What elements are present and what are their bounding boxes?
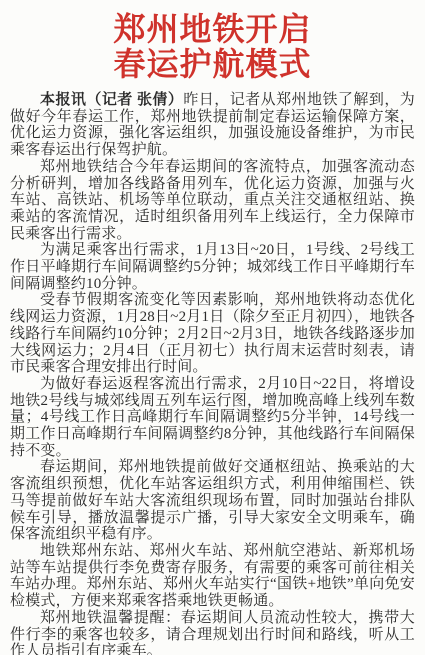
- paragraph-7: 地铁郑州东站、郑州火车站、郑州航空港站、新郑机场站等车站提供行李免费寄存服务，有…: [10, 543, 415, 610]
- paragraph-6: 春运期间，郑州地铁提前做好交通枢纽站、换乘站的大客流组织预想，优化车站客运组织方…: [10, 459, 415, 543]
- headline-line-2: 春运护航模式: [10, 47, 415, 82]
- paragraph-2: 郑州地铁结合今年春运期间的客流特点，加强客流动态分析研判，增加各线路备用列车，优…: [10, 159, 415, 243]
- headline-line-1: 郑州地铁开启: [10, 12, 415, 47]
- article-headline: 郑州地铁开启 春运护航模式: [10, 12, 415, 82]
- paragraph-3: 为满足乘客出行需求，1月13日~20日，1号线、2号线工作日平峰期行车间隔调整约…: [10, 242, 415, 292]
- byline: 本报讯（记者 张倩）: [40, 92, 183, 108]
- newspaper-article: 郑州地铁开启 春运护航模式 本报讯（记者 张倩）昨日，记者从郑州地铁了解到，为做…: [0, 0, 425, 655]
- paragraph-4: 受春节假期客流变化等因素影响，郑州地铁将动态优化线网运力资源，1月28日~2月1…: [10, 292, 415, 376]
- paragraph-1: 本报讯（记者 张倩）昨日，记者从郑州地铁了解到，为做好今年春运工作，郑州地铁提前…: [10, 92, 415, 159]
- paragraph-5: 为做好春运返程客流出行需求，2月10日~22日，将增设地铁2号线与城郊线周五列车…: [10, 376, 415, 460]
- article-body: 本报讯（记者 张倩）昨日，记者从郑州地铁了解到，为做好今年春运工作，郑州地铁提前…: [10, 92, 415, 655]
- paragraph-8: 郑州地铁温馨提醒：春运期间人员流动性较大，携带大件行李的乘客也较多，请合理规划出…: [10, 610, 415, 655]
